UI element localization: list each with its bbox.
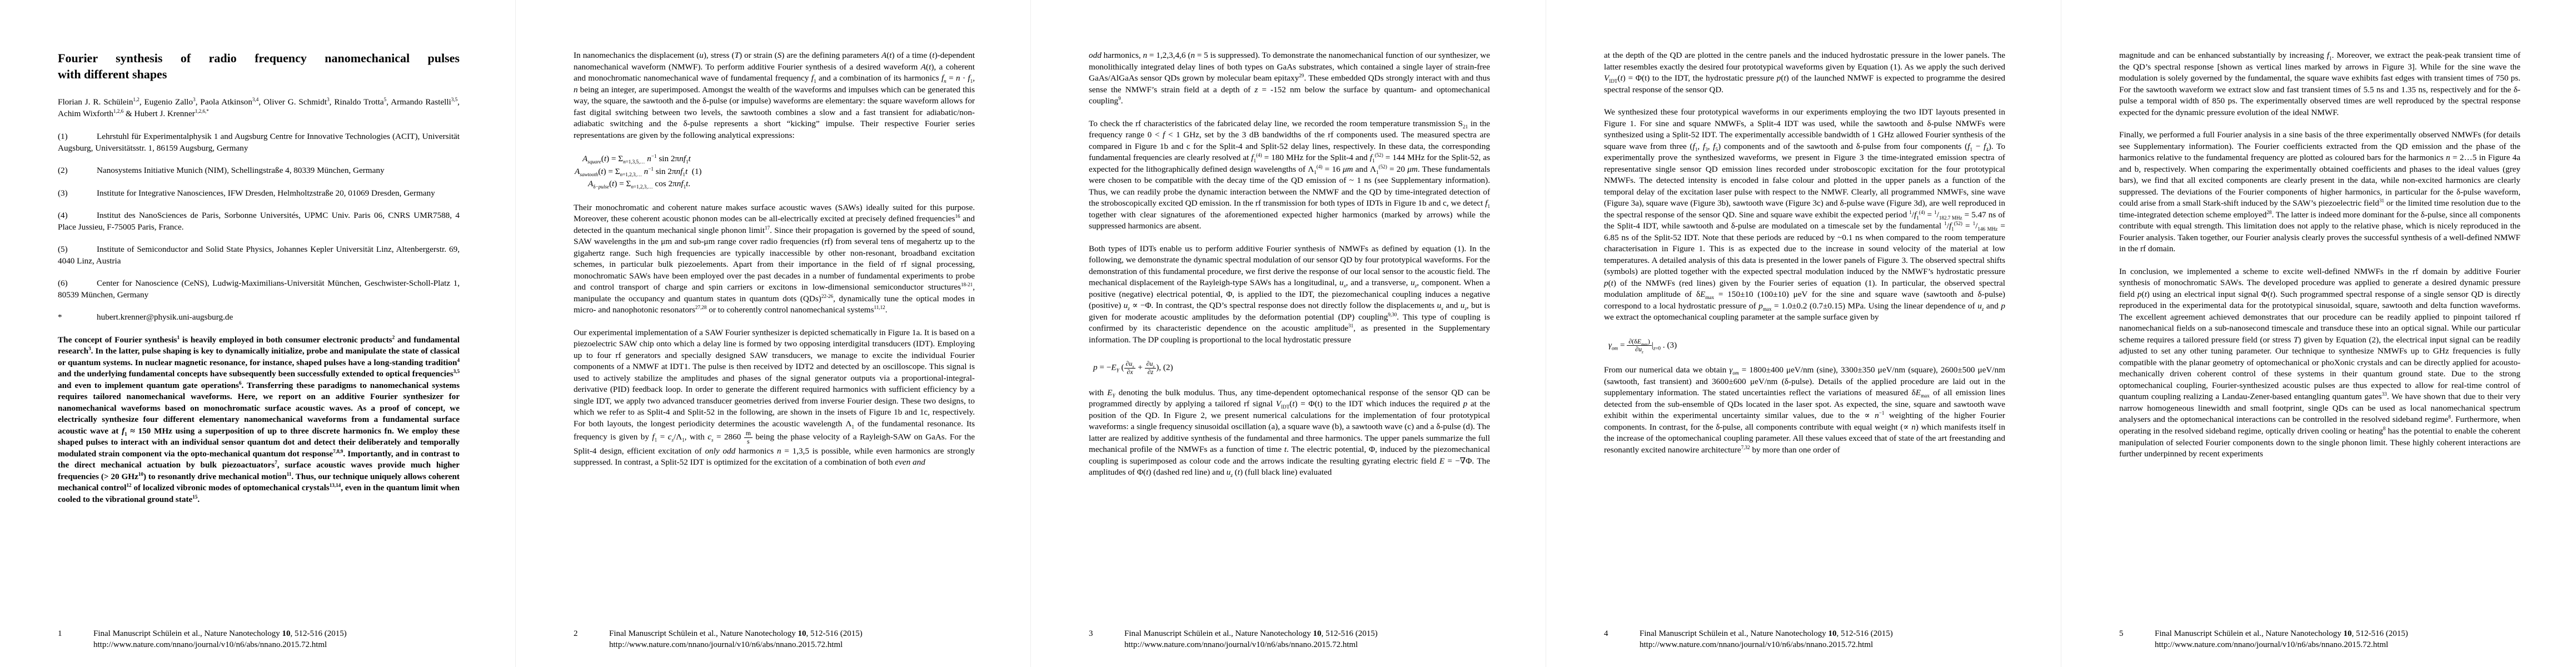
paragraph: In nanomechanics the displacement (u), s…: [574, 50, 975, 141]
footnote-ref: Final Manuscript Schülein et al., Nature…: [1640, 629, 1893, 638]
footnote-url-line: http://www.nature.com/nnano/journal/v10/…: [574, 639, 975, 650]
affiliation-text: Institute for Integrative Nanosciences, …: [97, 188, 435, 198]
paragraph: at the depth of the QD are plotted in th…: [1604, 50, 2005, 96]
affiliation-label: (2): [58, 165, 97, 177]
equation-group-1: Asquare(t) = Σn=1,3,5,… n−1 sin 2πnf1t A…: [574, 152, 975, 191]
footnote-url: http://www.nature.com/nnano/journal/v10/…: [2155, 640, 2388, 649]
page-footnote: 2Final Manuscript Schülein et al., Natur…: [574, 628, 975, 651]
affiliation-text: Lehrstuhl für Experimentalphysik 1 and A…: [58, 132, 460, 153]
footnote-url-line: http://www.nature.com/nnano/journal/v10/…: [2119, 639, 2520, 650]
affiliation-5: (5)Institute of Semiconductor and Solid …: [58, 244, 460, 267]
abstract: The concept of Fourier synthesis1 is hea…: [58, 335, 460, 506]
page-5: magnitude and can be enhanced substantia…: [2061, 0, 2576, 667]
affiliation-6: (6)Center for Nanoscience (CeNS), Ludwig…: [58, 278, 460, 301]
footnote-number: 3: [1089, 628, 1124, 639]
affiliation-2: (2)Nanosystems Initiative Munich (NIM), …: [58, 165, 460, 177]
affiliation-label: (1): [58, 131, 97, 143]
affiliation-text: Institut des NanoSciences de Paris, Sorb…: [58, 211, 460, 232]
footnote-ref-line: 5Final Manuscript Schülein et al., Natur…: [2119, 628, 2520, 639]
footnote-number: 5: [2119, 628, 2155, 639]
affiliation-label: (6): [58, 278, 97, 290]
equation-square: Asquare(t) = Σn=1,3,5,… n−1 sin 2πnf1t: [582, 153, 975, 165]
footnote-url-line: http://www.nature.com/nnano/journal/v10/…: [1089, 639, 1490, 650]
paragraph: Both types of IDTs enable us to perform …: [1089, 243, 1490, 346]
affiliation-text: Nanosystems Initiative Munich (NIM), Sch…: [97, 166, 385, 175]
paragraph: Their monochromatic and coherent nature …: [574, 202, 975, 316]
equation-sawtooth: Asawtooth(t) = Σn=1,2,3,… n−1 sin 2πnf1t…: [575, 166, 975, 178]
footnote-url-line: http://www.nature.com/nnano/journal/v10/…: [58, 639, 460, 650]
footnote-url-line: http://www.nature.com/nnano/journal/v10/…: [1604, 639, 2005, 650]
paragraph: odd harmonics, n = 1,2,3,4,6 (n = 5 is s…: [1089, 50, 1490, 107]
email-marker: *: [58, 312, 97, 323]
page-2: In nanomechanics the displacement (u), s…: [515, 0, 1030, 667]
affiliation-label: (4): [58, 210, 97, 222]
footnote-ref: Final Manuscript Schülein et al., Nature…: [2155, 629, 2408, 638]
footnote-ref: Final Manuscript Schülein et al., Nature…: [609, 629, 863, 638]
authors-line: Florian J. R. Schülein1,2, Eugenio Zallo…: [58, 97, 460, 120]
footnote-url: http://www.nature.com/nnano/journal/v10/…: [609, 640, 843, 649]
paragraph: To check the rf characteristics of the f…: [1089, 118, 1490, 232]
paragraph: We synthesized these four prototypical w…: [1604, 107, 2005, 323]
paragraph: From our numerical data we obtain γom = …: [1604, 365, 2005, 456]
paragraph: with EY denoting the bulk modulus. Thus,…: [1089, 387, 1490, 479]
equation-3: γom = ∂(δEmax)∂uz|z=0 . (3): [1608, 338, 2005, 354]
page-footnote: 1Final Manuscript Schülein et al., Natur…: [58, 628, 460, 651]
footnote-url: http://www.nature.com/nnano/journal/v10/…: [1124, 640, 1358, 649]
footnote-ref: Final Manuscript Schülein et al., Nature…: [1124, 629, 1378, 638]
page-3: odd harmonics, n = 1,2,3,4,6 (n = 5 is s…: [1030, 0, 1546, 667]
footnote-ref-line: 4Final Manuscript Schülein et al., Natur…: [1604, 628, 2005, 639]
paragraph: In conclusion, we implemented a scheme t…: [2119, 266, 2520, 460]
affiliation-label: (5): [58, 244, 97, 256]
paragraph: Our experimental implementation of a SAW…: [574, 327, 975, 469]
corresponding-email-line: *hubert.krenner@physik.uni-augsburg.de: [58, 312, 460, 323]
equation-delta-pulse: Aδ−pulse(t) = Σn=1,2,3,… cos 2πnf1t.: [588, 178, 975, 190]
footnote-number: 4: [1604, 628, 1640, 639]
footnote-url: http://www.nature.com/nnano/journal/v10/…: [93, 640, 327, 649]
page-footnote: 5Final Manuscript Schülein et al., Natur…: [2119, 628, 2520, 651]
affiliation-text: Center for Nanoscience (CeNS), Ludwig-Ma…: [58, 278, 460, 300]
footnote-url: http://www.nature.com/nnano/journal/v10/…: [1640, 640, 1873, 649]
footnote-ref-line: 2Final Manuscript Schülein et al., Natur…: [574, 628, 975, 639]
affiliation-1: (1)Lehrstuhl für Experimentalphysik 1 an…: [58, 131, 460, 154]
footnote-ref-line: 1Final Manuscript Schülein et al., Natur…: [58, 628, 460, 639]
page-1: Fourier synthesis of radio frequency nan…: [0, 0, 515, 667]
page-4: at the depth of the QD are plotted in th…: [1546, 0, 2061, 667]
document-pages: Fourier synthesis of radio frequency nan…: [0, 0, 2576, 667]
affiliation-label: (3): [58, 188, 97, 200]
page-footnote: 3Final Manuscript Schülein et al., Natur…: [1089, 628, 1490, 651]
email-text: hubert.krenner@physik.uni-augsburg.de: [97, 312, 233, 322]
affiliation-text: Institute of Semiconductor and Solid Sta…: [58, 245, 460, 266]
page-footnote: 4Final Manuscript Schülein et al., Natur…: [1604, 628, 2005, 651]
footnote-number: 2: [574, 628, 609, 639]
paragraph: magnitude and can be enhanced substantia…: [2119, 50, 2520, 118]
footnote-number: 1: [58, 628, 93, 639]
paragraph: Finally, we performed a full Fourier ana…: [2119, 130, 2520, 255]
affiliation-4: (4)Institut des NanoSciences de Paris, S…: [58, 210, 460, 233]
paper-title-line2: with different shapes: [58, 66, 460, 82]
equation-2: p = −EY (∂ux∂x + ∂uz∂z), (2): [1093, 360, 1490, 376]
footnote-ref-line: 3Final Manuscript Schülein et al., Natur…: [1089, 628, 1490, 639]
affiliation-3: (3)Institute for Integrative Nanoscience…: [58, 188, 460, 200]
paper-title: Fourier synthesis of radio frequency nan…: [58, 50, 460, 82]
paper-title-line1: Fourier synthesis of radio frequency nan…: [58, 50, 460, 66]
footnote-ref: Final Manuscript Schülein et al., Nature…: [93, 629, 347, 638]
